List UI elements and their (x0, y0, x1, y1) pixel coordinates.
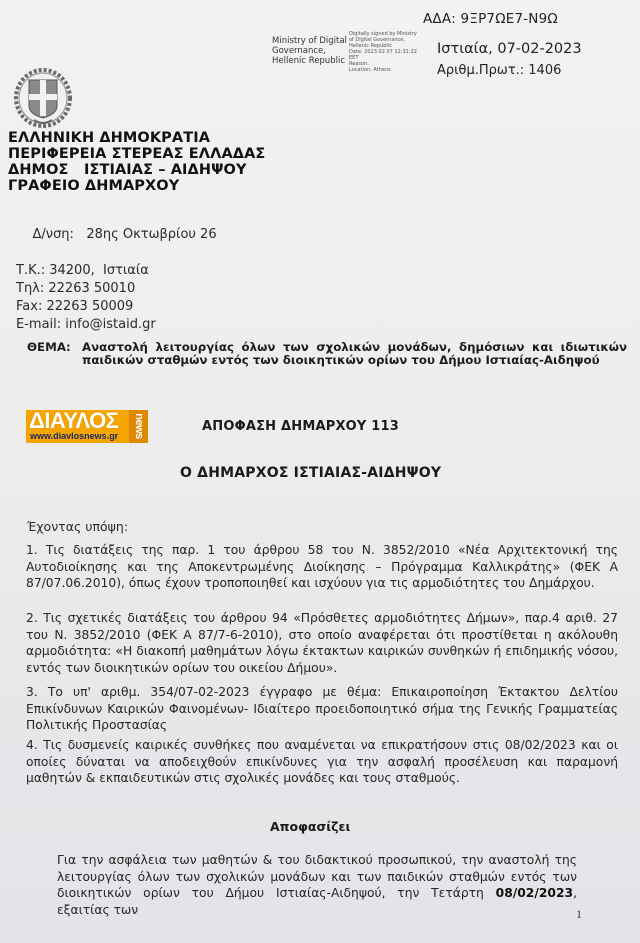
phone: Τηλ: 22263 50010 (16, 280, 217, 298)
consideration-item: 4. Τις δυσμενείς καιρικές συνθήκες που α… (26, 737, 618, 787)
considering-label: Έχοντας υπόψη: (27, 519, 128, 534)
greek-coat-of-arms-icon (12, 66, 74, 130)
decides-heading: Αποφασίζει (270, 819, 350, 834)
logo-url: www.diavlosnews.gr (30, 431, 118, 441)
authority-line: ΔΗΜΟΣ ΙΣΤΙΑΙΑΣ – ΑΙΔΗΨΟΥ (8, 162, 265, 178)
logo-news-text: news (133, 413, 145, 439)
diavlos-news-logo: ΔΙΑΥΛΟΣ www.diavlosnews.gr news (26, 410, 148, 443)
consideration-item: 3. Το υπ' αριθμ. 354/07-02-2023 έγγραφο … (26, 684, 618, 734)
consideration-item: 1. Τις διατάξεις της παρ. 1 του άρθρου 5… (26, 542, 618, 592)
digital-signature-issuer: Ministry of Digital Governance, Hellenic… (272, 36, 352, 66)
postal-code: Τ.Κ.: 34200, Ιστιαία (16, 262, 217, 280)
decision-body: Για την ασφάλεια των μαθητών & του διδακ… (57, 852, 577, 918)
authority-block: ΕΛΛΗΝΙΚΗ ΔΗΜΟΚΡΑΤΙΑ ΠΕΡΙΦΕΡΕΙΑ ΣΤΕΡΕΑΣ Ε… (8, 130, 265, 194)
signature-issuer-line: Ministry of Digital (272, 36, 352, 46)
decision-title: ΑΠΟΦΑΣΗ ΔΗΜΑΡΧΟΥ 113 (202, 419, 399, 434)
address-value: 28ης Οκτωβρίου 26 (86, 227, 216, 242)
signature-issuer-line: Governance, (272, 46, 352, 56)
authority-line: ΓΡΑΦΕΙΟ ΔΗΜΑΡΧΟΥ (8, 178, 265, 194)
page-number: 1 (576, 907, 582, 922)
address-label: Δ/νση: (33, 227, 74, 242)
ada-code: ΑΔΑ: 9ΞΡ7ΩΕ7-Ν9Ω (423, 11, 558, 27)
issuer-title: Ο ΔΗΜΑΡΧΟΣ ΙΣΤΙΑΙΑΣ-ΑΙΔΗΨΟΥ (180, 465, 441, 481)
signature-issuer-line: Hellenic Republic (272, 56, 352, 66)
decision-date: 08/02/2023 (496, 886, 573, 900)
contact-block: Δ/νση: 28ης Οκτωβρίου 26 Τ.Κ.: 34200, Ισ… (16, 208, 217, 334)
digital-signature-details: Digitally signed by Ministry of Digital … (349, 31, 434, 73)
address: Δ/νση: 28ης Οκτωβρίου 26 (16, 208, 217, 262)
subject: ΘΕΜΑ: Αναστολή λειτουργίας όλων των σχολ… (27, 341, 627, 367)
authority-line: ΕΛΛΗΝΙΚΗ ΔΗΜΟΚΡΑΤΙΑ (8, 130, 265, 146)
authority-line: ΠΕΡΙΦΕΡΕΙΑ ΣΤΕΡΕΑΣ ΕΛΛΑΔΑΣ (8, 146, 265, 162)
protocol-number: Αριθμ.Πρωτ.: 1406 (437, 63, 561, 78)
logo-news-badge: news (129, 410, 148, 443)
fax: Fax: 22263 50009 (16, 298, 217, 316)
subject-label: ΘΕΜΑ: (27, 341, 71, 354)
email-link[interactable]: E-mail: info@istaid.gr (16, 316, 217, 334)
consideration-item: 2. Τις σχετικές διατάξεις του άρθρου 94 … (26, 610, 618, 677)
signature-detail-line: Location: Athens (349, 67, 434, 73)
place-date: Ιστιαία, 07-02-2023 (437, 41, 582, 57)
subject-text: Αναστολή λειτουργίας όλων των σχολικών μ… (82, 341, 627, 367)
